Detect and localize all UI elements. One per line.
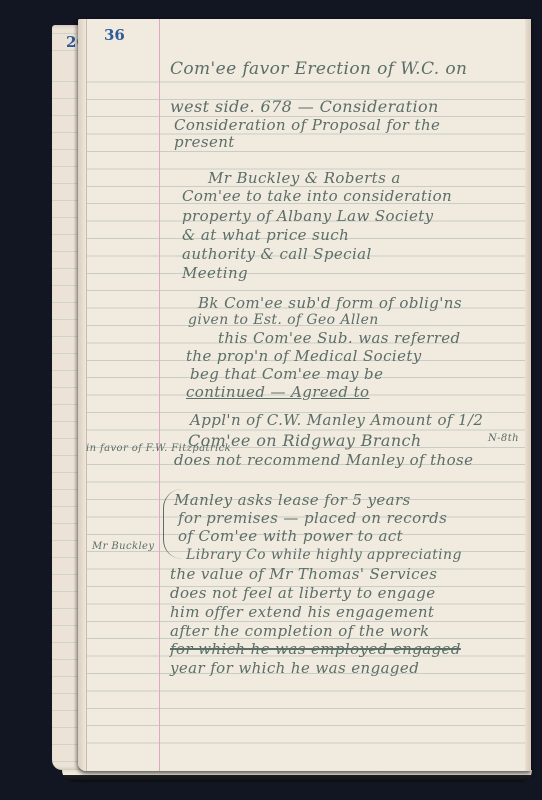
handwritten-line: for premises — placed on records [178,509,447,527]
handwritten-line: & at what price such [182,226,349,244]
handwritten-line: given to Est. of Geo Allen [188,312,379,328]
margin-note: in favor of F.W. Fitzpatrick [86,443,231,454]
handwritten-line: this Com'ee Sub. was referred [218,329,461,347]
handwritten-line: Consideration of Proposal for the [174,116,440,134]
handwritten-line: does not feel at liberty to engage [170,584,436,602]
handwritten-line: authority & call Special [182,245,372,263]
handwritten-line: Manley asks lease for 5 years [174,491,411,509]
handwritten-line: property of Albany Law Society [182,207,434,225]
handwritten-line: present [174,133,235,151]
page-stack-bottom [62,770,532,782]
ledger-page: 36 Com'ee favor Erection of W.C. on west… [78,19,531,771]
handwritten-line: beg that Com'ee may be [190,365,383,383]
handwritten-line: Library Co while highly appreciating [186,547,462,563]
handwritten-line: after the completion of the work [170,622,430,640]
handwritten-line: Appl'n of C.W. Manley Amount of 1/2 [190,411,483,429]
page-right-edge [525,19,531,771]
handwritten-line: Meeting [182,264,248,282]
handwritten-line: Com'ee favor Erection of W.C. on [170,59,467,79]
handwritten-line: the value of Mr Thomas' Services [170,565,437,583]
margin-rule [159,19,160,771]
handwritten-line: Bk Com'ee sub'd form of oblig'ns [198,294,462,312]
handwritten-line: year for which he was engaged [170,659,419,677]
handwritten-line: the prop'n of Medical Society [186,347,422,365]
handwritten-line-struck: for which he was employed engaged [170,640,461,658]
margin-note: Mr Buckley [92,541,154,552]
handwritten-line: Mr Buckley & Roberts a [208,169,401,187]
handwritten-line: him offer extend his engagement [170,603,434,621]
margin-note: N-8th [488,433,519,444]
handwritten-line: Com'ee to take into consideration [182,187,452,205]
page-number: 36 [104,26,125,44]
handwritten-line: of Com'ee with power to act [178,527,403,545]
handwritten-line: continued — Agreed to [186,383,369,401]
handwritten-line: west side. 678 — Consideration [170,97,439,116]
page-gutter [78,19,87,771]
